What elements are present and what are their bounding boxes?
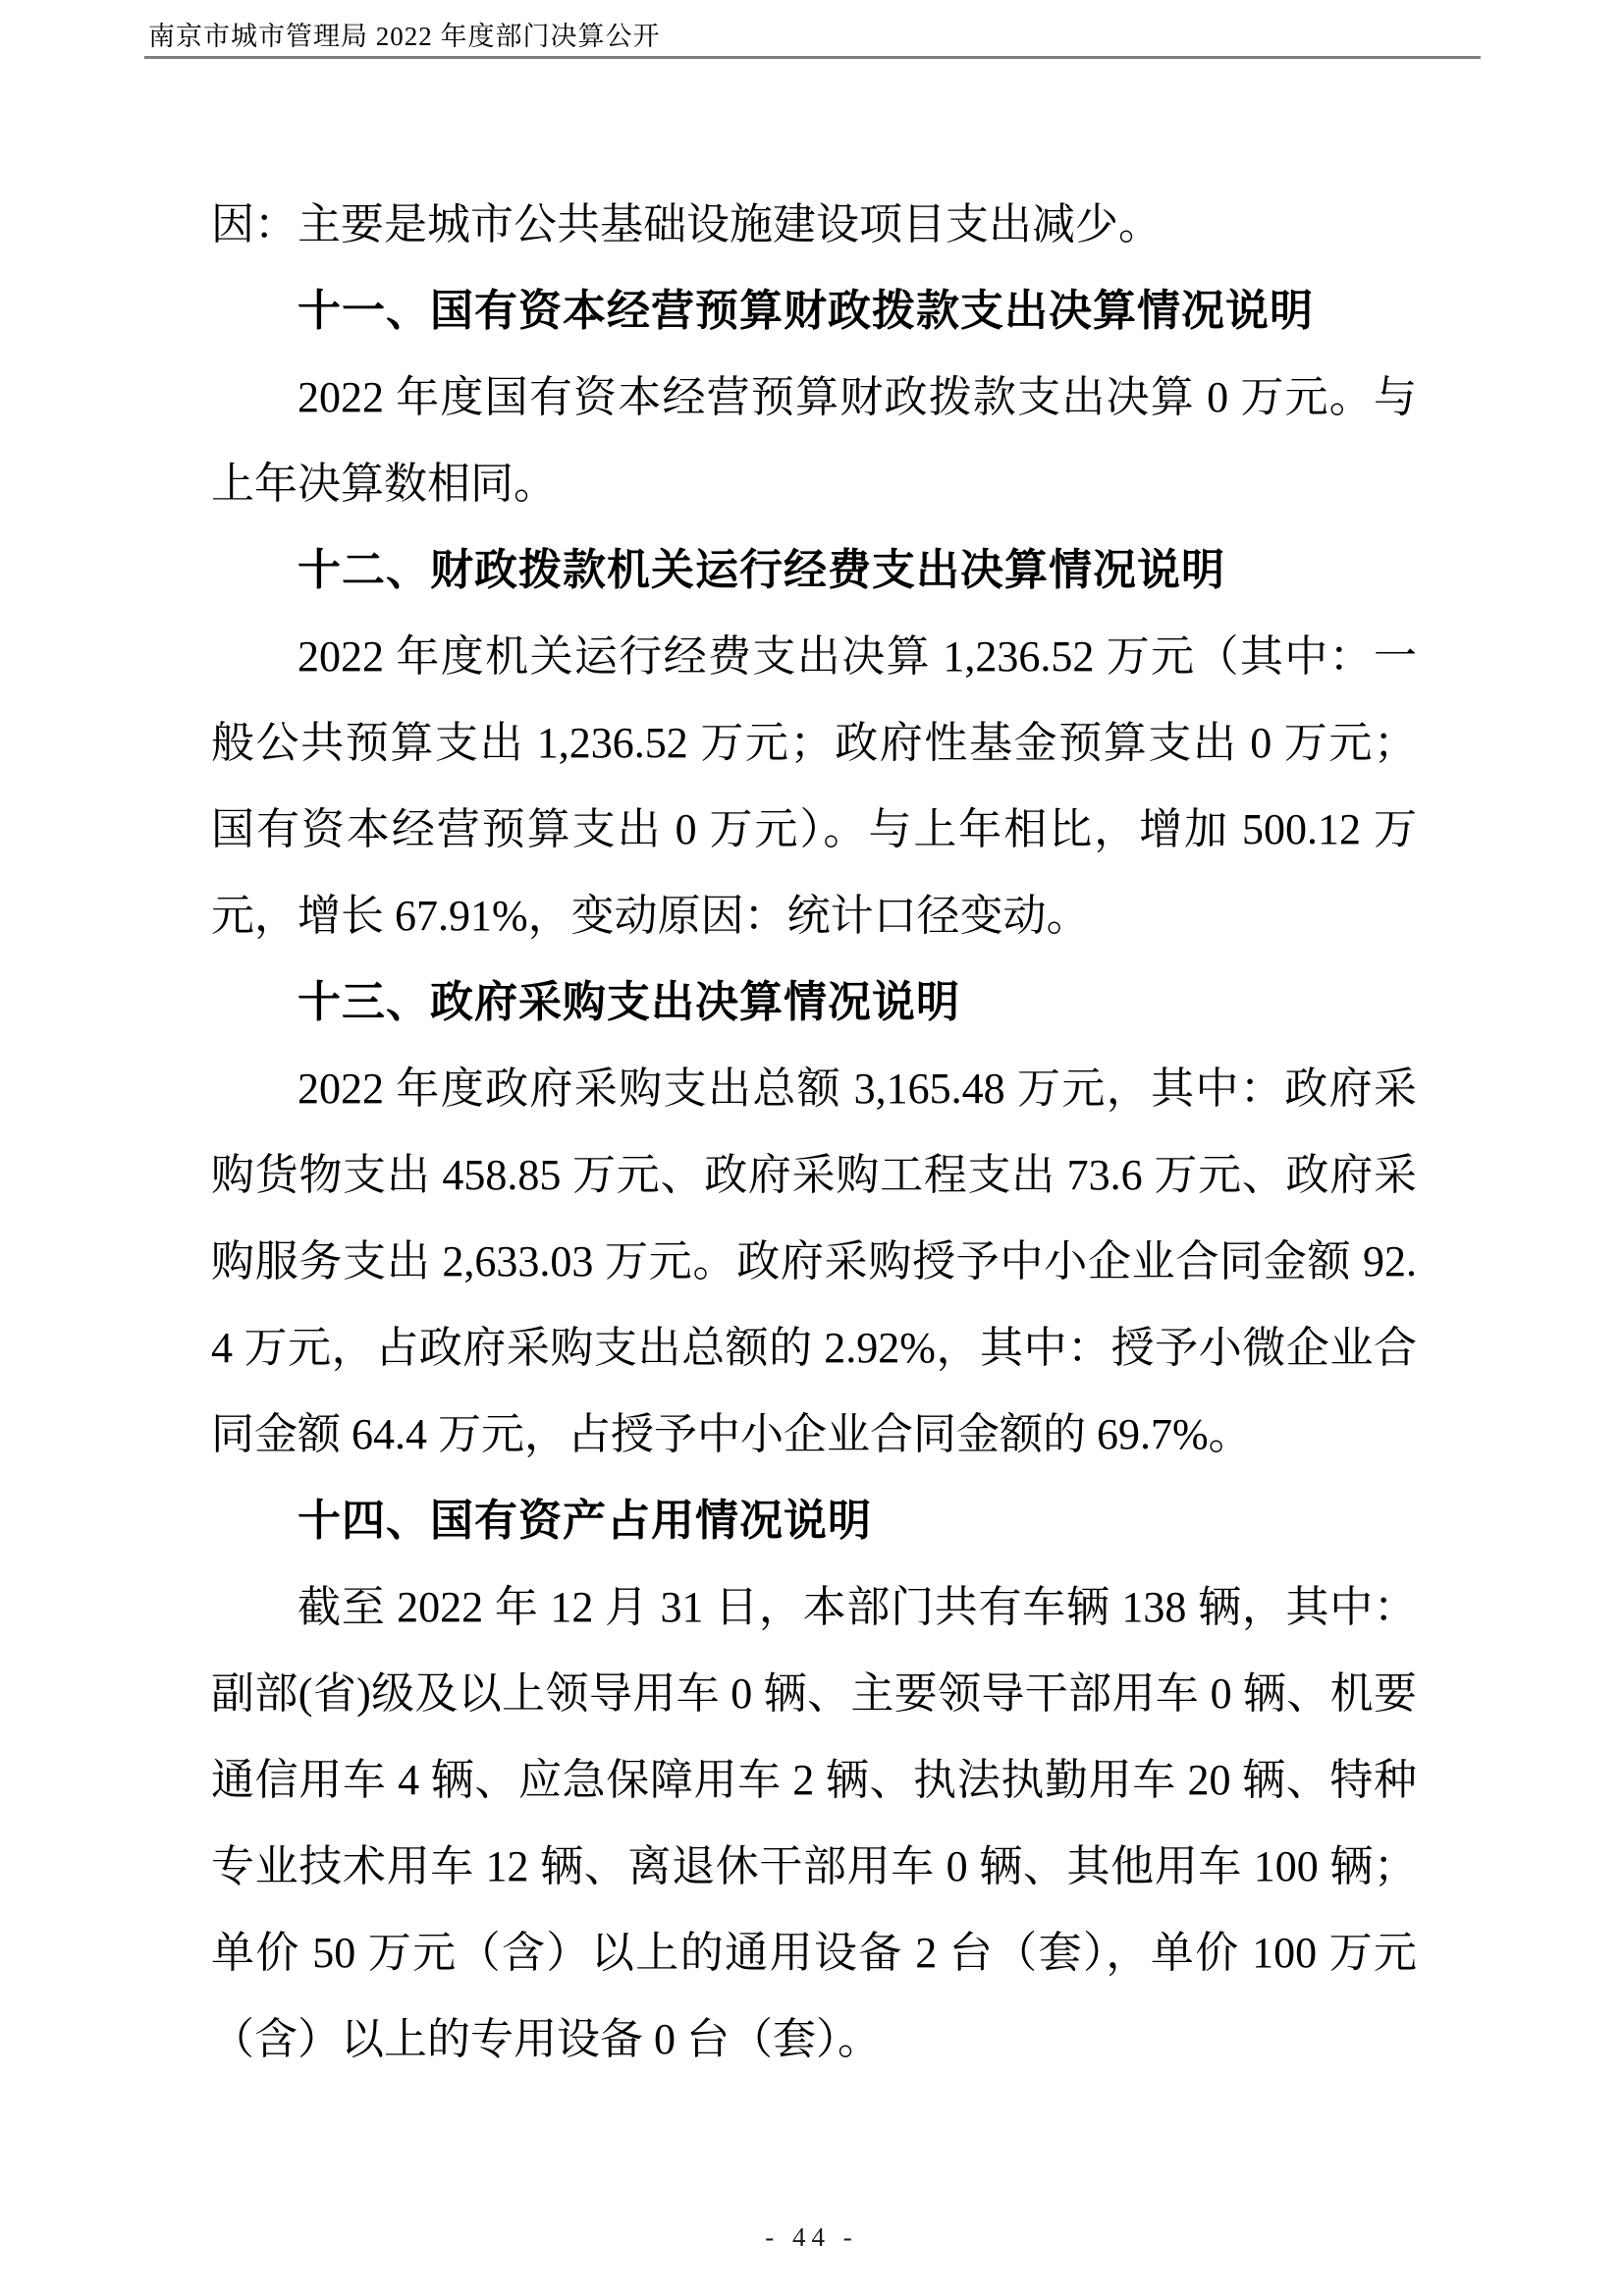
document-page: 南京市城市管理局 2022 年度部门决算公开 因：主要是城市公共基础设施建设项目… — [0, 0, 1623, 2296]
body-paragraph: 2022 年度国有资本经营预算财政拨款支出决算 0 万元。与上年决算数相同。 — [211, 355, 1417, 527]
running-header-title: 南京市城市管理局 2022 年度部门决算公开 — [148, 22, 661, 51]
section-heading: 十一、国有资本经营预算财政拨款支出决算情况说明 — [211, 268, 1417, 355]
section-heading: 十二、财政拨款机关运行经费支出决算情况说明 — [211, 527, 1417, 614]
header-divider-rule — [144, 56, 1481, 59]
body-paragraph: 因：主要是城市公共基础设施建设项目支出减少。 — [211, 182, 1417, 268]
body-paragraph: 截至 2022 年 12 月 31 日，本部门共有车辆 138 辆，其中：副部(… — [211, 1564, 1417, 2083]
page-number: - 44 - — [0, 2221, 1623, 2253]
section-heading: 十三、政府采购支出决算情况说明 — [211, 959, 1417, 1046]
section-heading: 十四、国有资产占用情况说明 — [211, 1478, 1417, 1564]
document-body: 因：主要是城市公共基础设施建设项目支出减少。十一、国有资本经营预算财政拨款支出决… — [211, 182, 1417, 2083]
body-paragraph: 2022 年度机关运行经费支出决算 1,236.52 万元（其中：一般公共预算支… — [211, 614, 1417, 959]
body-paragraph: 2022 年度政府采购支出总额 3,165.48 万元，其中：政府采购货物支出 … — [211, 1046, 1417, 1478]
